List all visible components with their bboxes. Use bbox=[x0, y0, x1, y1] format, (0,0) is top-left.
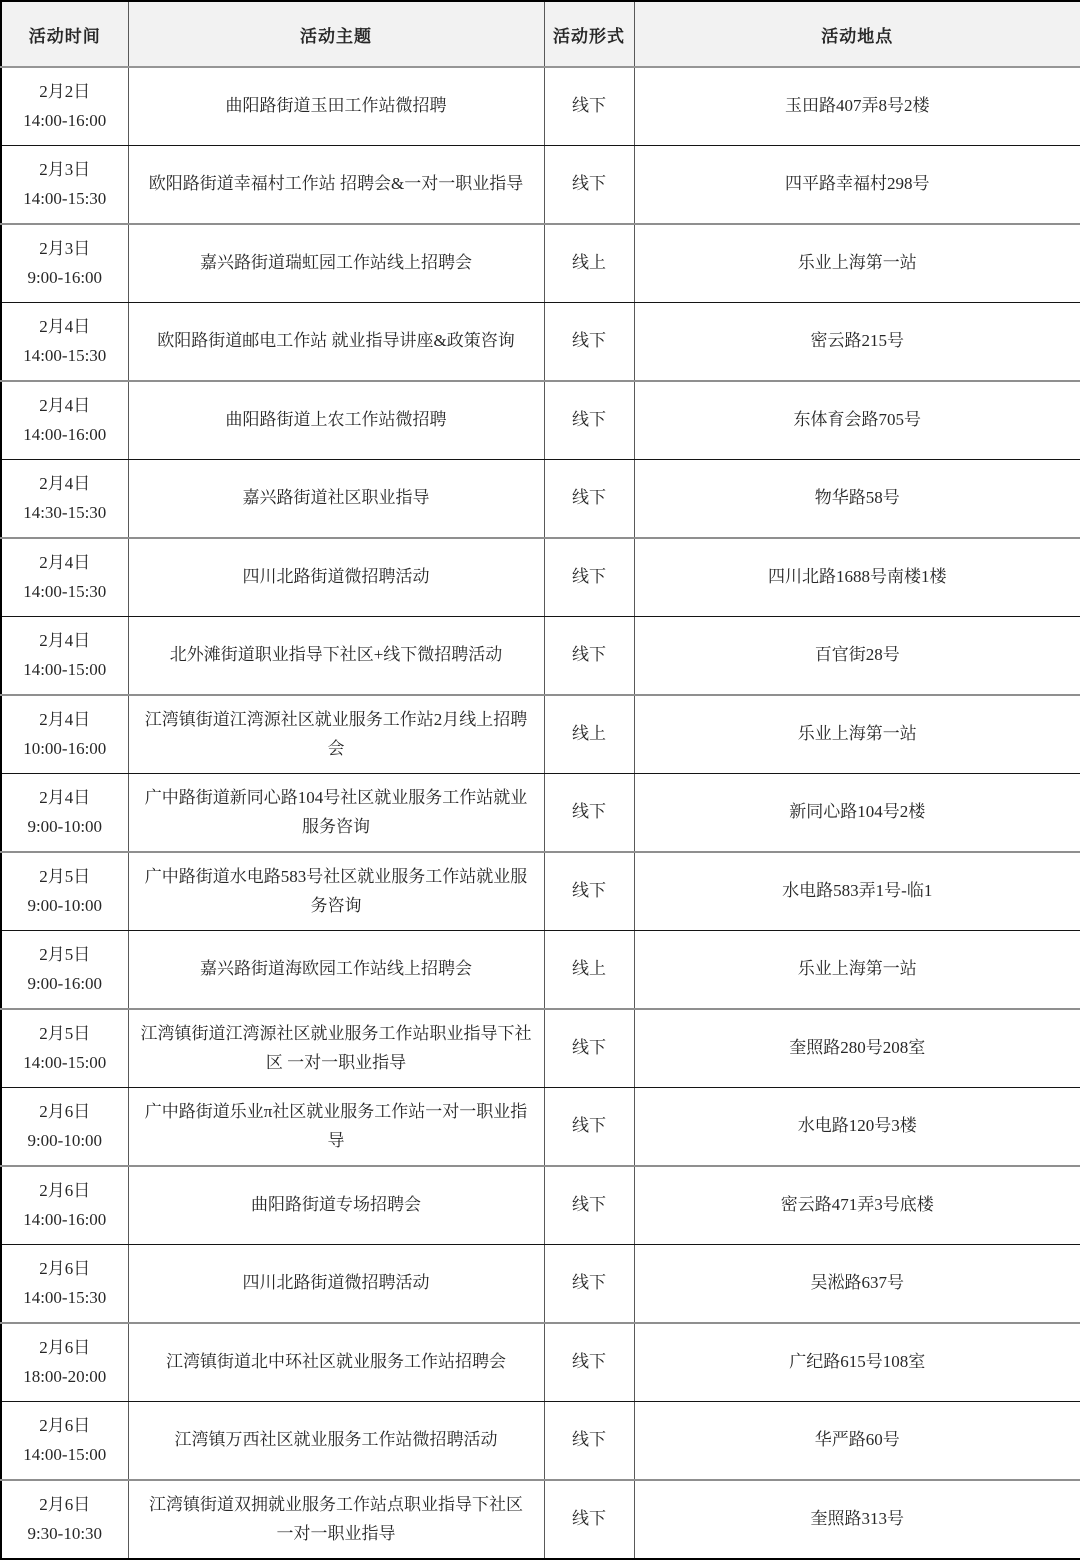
cell-activity-theme: 江湾镇万西社区就业服务工作站微招聘活动 bbox=[128, 1402, 544, 1481]
activity-date: 2月6日 bbox=[12, 1177, 118, 1206]
cell-activity-theme: 江湾镇街道江湾源社区就业服务工作站2月线上招聘会 bbox=[128, 695, 544, 774]
table-row: 2月6日 18:00-20:00 江湾镇街道北中环社区就业服务工作站招聘会 线下… bbox=[1, 1323, 1080, 1402]
cell-activity-time: 2月3日 14:00-15:30 bbox=[1, 146, 128, 225]
cell-activity-format: 线下 bbox=[544, 1323, 634, 1402]
activity-time-range: 14:00-16:00 bbox=[12, 107, 118, 136]
activity-date: 2月6日 bbox=[12, 1412, 118, 1441]
activity-date: 2月3日 bbox=[12, 235, 118, 264]
table-row: 2月4日 14:30-15:30 嘉兴路街道社区职业指导 线下 物华路58号 bbox=[1, 460, 1080, 539]
header-row: 活动时间 活动主题 活动形式 活动地点 bbox=[1, 1, 1080, 67]
cell-activity-theme: 曲阳路街道上农工作站微招聘 bbox=[128, 381, 544, 460]
cell-activity-format: 线下 bbox=[544, 1245, 634, 1324]
cell-activity-theme: 广中路街道水电路583号社区就业服务工作站就业服务咨询 bbox=[128, 852, 544, 931]
cell-activity-format: 线下 bbox=[544, 1480, 634, 1559]
table-row: 2月4日 14:00-16:00 曲阳路街道上农工作站微招聘 线下 东体育会路7… bbox=[1, 381, 1080, 460]
activity-time-range: 9:00-16:00 bbox=[12, 264, 118, 293]
table-row: 2月4日 14:00-15:00 北外滩街道职业指导下社区+线下微招聘活动 线下… bbox=[1, 617, 1080, 696]
cell-activity-time: 2月6日 9:00-10:00 bbox=[1, 1088, 128, 1167]
cell-activity-location: 水电路583弄1号-临1 bbox=[634, 852, 1080, 931]
cell-activity-location: 乐业上海第一站 bbox=[634, 224, 1080, 303]
activity-date: 2月4日 bbox=[12, 313, 118, 342]
column-header-format: 活动形式 bbox=[544, 1, 634, 67]
cell-activity-time: 2月5日 9:00-16:00 bbox=[1, 931, 128, 1010]
cell-activity-format: 线下 bbox=[544, 1009, 634, 1088]
cell-activity-theme: 嘉兴路街道社区职业指导 bbox=[128, 460, 544, 539]
cell-activity-theme: 广中路街道新同心路104号社区就业服务工作站就业服务咨询 bbox=[128, 774, 544, 853]
table-row: 2月4日 10:00-16:00 江湾镇街道江湾源社区就业服务工作站2月线上招聘… bbox=[1, 695, 1080, 774]
cell-activity-time: 2月4日 14:00-15:30 bbox=[1, 538, 128, 617]
cell-activity-format: 线上 bbox=[544, 695, 634, 774]
cell-activity-time: 2月3日 9:00-16:00 bbox=[1, 224, 128, 303]
table-row: 2月5日 9:00-16:00 嘉兴路街道海欧园工作站线上招聘会 线上 乐业上海… bbox=[1, 931, 1080, 1010]
activity-date: 2月5日 bbox=[12, 863, 118, 892]
cell-activity-format: 线下 bbox=[544, 1088, 634, 1167]
table-row: 2月4日 9:00-10:00 广中路街道新同心路104号社区就业服务工作站就业… bbox=[1, 774, 1080, 853]
cell-activity-time: 2月4日 14:30-15:30 bbox=[1, 460, 128, 539]
activity-time-range: 14:00-15:30 bbox=[12, 185, 118, 214]
cell-activity-format: 线下 bbox=[544, 460, 634, 539]
cell-activity-location: 水电路120号3楼 bbox=[634, 1088, 1080, 1167]
cell-activity-format: 线上 bbox=[544, 931, 634, 1010]
activity-date: 2月6日 bbox=[12, 1491, 118, 1520]
activity-date: 2月3日 bbox=[12, 156, 118, 185]
table-row: 2月3日 9:00-16:00 嘉兴路街道瑞虹园工作站线上招聘会 线上 乐业上海… bbox=[1, 224, 1080, 303]
table-row: 2月5日 14:00-15:00 江湾镇街道江湾源社区就业服务工作站职业指导下社… bbox=[1, 1009, 1080, 1088]
cell-activity-format: 线下 bbox=[544, 617, 634, 696]
cell-activity-location: 新同心路104号2楼 bbox=[634, 774, 1080, 853]
column-header-time: 活动时间 bbox=[1, 1, 128, 67]
activity-schedule-table: 活动时间 活动主题 活动形式 活动地点 2月2日 14:00-16:00 曲阳路… bbox=[0, 0, 1080, 1560]
table-row: 2月6日 14:00-15:00 江湾镇万西社区就业服务工作站微招聘活动 线下 … bbox=[1, 1402, 1080, 1481]
column-header-location: 活动地点 bbox=[634, 1, 1080, 67]
activity-date: 2月4日 bbox=[12, 392, 118, 421]
table-row: 2月2日 14:00-16:00 曲阳路街道玉田工作站微招聘 线下 玉田路407… bbox=[1, 67, 1080, 146]
cell-activity-location: 玉田路407弄8号2楼 bbox=[634, 67, 1080, 146]
table-row: 2月4日 14:00-15:30 欧阳路街道邮电工作站 就业指导讲座&政策咨询 … bbox=[1, 303, 1080, 382]
cell-activity-theme: 欧阳路街道幸福村工作站 招聘会&一对一职业指导 bbox=[128, 146, 544, 225]
cell-activity-time: 2月4日 14:00-16:00 bbox=[1, 381, 128, 460]
cell-activity-location: 物华路58号 bbox=[634, 460, 1080, 539]
table-row: 2月3日 14:00-15:30 欧阳路街道幸福村工作站 招聘会&一对一职业指导… bbox=[1, 146, 1080, 225]
cell-activity-theme: 四川北路街道微招聘活动 bbox=[128, 538, 544, 617]
activity-date: 2月4日 bbox=[12, 627, 118, 656]
column-header-theme: 活动主题 bbox=[128, 1, 544, 67]
cell-activity-format: 线下 bbox=[544, 381, 634, 460]
activity-time-range: 14:00-15:00 bbox=[12, 656, 118, 685]
cell-activity-time: 2月4日 14:00-15:30 bbox=[1, 303, 128, 382]
cell-activity-time: 2月6日 14:00-16:00 bbox=[1, 1166, 128, 1245]
cell-activity-theme: 嘉兴路街道瑞虹园工作站线上招聘会 bbox=[128, 224, 544, 303]
cell-activity-location: 东体育会路705号 bbox=[634, 381, 1080, 460]
cell-activity-location: 密云路471弄3号底楼 bbox=[634, 1166, 1080, 1245]
cell-activity-theme: 江湾镇街道双拥就业服务工作站点职业指导下社区 一对一职业指导 bbox=[128, 1480, 544, 1559]
cell-activity-format: 线下 bbox=[544, 852, 634, 931]
cell-activity-time: 2月2日 14:00-16:00 bbox=[1, 67, 128, 146]
activity-time-range: 9:00-10:00 bbox=[12, 1127, 118, 1156]
cell-activity-time: 2月4日 9:00-10:00 bbox=[1, 774, 128, 853]
cell-activity-theme: 嘉兴路街道海欧园工作站线上招聘会 bbox=[128, 931, 544, 1010]
activity-time-range: 14:00-15:30 bbox=[12, 1284, 118, 1313]
activity-date: 2月5日 bbox=[12, 1020, 118, 1049]
cell-activity-time: 2月4日 14:00-15:00 bbox=[1, 617, 128, 696]
table-row: 2月4日 14:00-15:30 四川北路街道微招聘活动 线下 四川北路1688… bbox=[1, 538, 1080, 617]
activity-time-range: 14:00-15:30 bbox=[12, 578, 118, 607]
activity-date: 2月4日 bbox=[12, 784, 118, 813]
cell-activity-location: 华严路60号 bbox=[634, 1402, 1080, 1481]
cell-activity-theme: 欧阳路街道邮电工作站 就业指导讲座&政策咨询 bbox=[128, 303, 544, 382]
cell-activity-format: 线上 bbox=[544, 224, 634, 303]
cell-activity-location: 吴淞路637号 bbox=[634, 1245, 1080, 1324]
cell-activity-location: 广纪路615号108室 bbox=[634, 1323, 1080, 1402]
cell-activity-location: 奎照路313号 bbox=[634, 1480, 1080, 1559]
activity-time-range: 14:00-15:00 bbox=[12, 1049, 118, 1078]
table-row: 2月6日 9:30-10:30 江湾镇街道双拥就业服务工作站点职业指导下社区 一… bbox=[1, 1480, 1080, 1559]
cell-activity-theme: 曲阳路街道专场招聘会 bbox=[128, 1166, 544, 1245]
cell-activity-time: 2月6日 14:00-15:30 bbox=[1, 1245, 128, 1324]
cell-activity-theme: 四川北路街道微招聘活动 bbox=[128, 1245, 544, 1324]
cell-activity-location: 四川北路1688号南楼1楼 bbox=[634, 538, 1080, 617]
cell-activity-theme: 江湾镇街道江湾源社区就业服务工作站职业指导下社区 一对一职业指导 bbox=[128, 1009, 544, 1088]
table-row: 2月5日 9:00-10:00 广中路街道水电路583号社区就业服务工作站就业服… bbox=[1, 852, 1080, 931]
activity-time-range: 9:00-16:00 bbox=[12, 970, 118, 999]
cell-activity-format: 线下 bbox=[544, 146, 634, 225]
cell-activity-location: 乐业上海第一站 bbox=[634, 695, 1080, 774]
activity-date: 2月2日 bbox=[12, 78, 118, 107]
activity-date: 2月5日 bbox=[12, 941, 118, 970]
activity-time-range: 14:00-16:00 bbox=[12, 421, 118, 450]
activity-time-range: 14:00-15:00 bbox=[12, 1441, 118, 1470]
cell-activity-time: 2月6日 18:00-20:00 bbox=[1, 1323, 128, 1402]
activity-time-range: 14:30-15:30 bbox=[12, 499, 118, 528]
cell-activity-theme: 北外滩街道职业指导下社区+线下微招聘活动 bbox=[128, 617, 544, 696]
activity-time-range: 14:00-15:30 bbox=[12, 342, 118, 371]
activity-date: 2月6日 bbox=[12, 1334, 118, 1363]
cell-activity-location: 密云路215号 bbox=[634, 303, 1080, 382]
cell-activity-format: 线下 bbox=[544, 1402, 634, 1481]
cell-activity-theme: 曲阳路街道玉田工作站微招聘 bbox=[128, 67, 544, 146]
activity-time-range: 14:00-16:00 bbox=[12, 1206, 118, 1235]
table-row: 2月6日 14:00-15:30 四川北路街道微招聘活动 线下 吴淞路637号 bbox=[1, 1245, 1080, 1324]
activity-time-range: 18:00-20:00 bbox=[12, 1363, 118, 1392]
cell-activity-time: 2月5日 9:00-10:00 bbox=[1, 852, 128, 931]
activity-date: 2月4日 bbox=[12, 470, 118, 499]
activity-date: 2月4日 bbox=[12, 549, 118, 578]
activity-time-range: 9:00-10:00 bbox=[12, 892, 118, 921]
cell-activity-location: 奎照路280号208室 bbox=[634, 1009, 1080, 1088]
activity-time-range: 9:30-10:30 bbox=[12, 1520, 118, 1549]
cell-activity-format: 线下 bbox=[544, 538, 634, 617]
cell-activity-format: 线下 bbox=[544, 774, 634, 853]
cell-activity-format: 线下 bbox=[544, 303, 634, 382]
activity-date: 2月4日 bbox=[12, 706, 118, 735]
cell-activity-time: 2月5日 14:00-15:00 bbox=[1, 1009, 128, 1088]
cell-activity-time: 2月6日 9:30-10:30 bbox=[1, 1480, 128, 1559]
cell-activity-format: 线下 bbox=[544, 67, 634, 146]
cell-activity-theme: 江湾镇街道北中环社区就业服务工作站招聘会 bbox=[128, 1323, 544, 1402]
table-header: 活动时间 活动主题 活动形式 活动地点 bbox=[1, 1, 1080, 67]
cell-activity-format: 线下 bbox=[544, 1166, 634, 1245]
table-body: 2月2日 14:00-16:00 曲阳路街道玉田工作站微招聘 线下 玉田路407… bbox=[1, 67, 1080, 1559]
cell-activity-location: 乐业上海第一站 bbox=[634, 931, 1080, 1010]
activity-date: 2月6日 bbox=[12, 1255, 118, 1284]
cell-activity-location: 百官街28号 bbox=[634, 617, 1080, 696]
activity-date: 2月6日 bbox=[12, 1098, 118, 1127]
cell-activity-location: 四平路幸福村298号 bbox=[634, 146, 1080, 225]
cell-activity-theme: 广中路街道乐业π社区就业服务工作站一对一职业指导 bbox=[128, 1088, 544, 1167]
cell-activity-time: 2月6日 14:00-15:00 bbox=[1, 1402, 128, 1481]
activity-time-range: 10:00-16:00 bbox=[12, 735, 118, 764]
table-row: 2月6日 9:00-10:00 广中路街道乐业π社区就业服务工作站一对一职业指导… bbox=[1, 1088, 1080, 1167]
cell-activity-time: 2月4日 10:00-16:00 bbox=[1, 695, 128, 774]
table-row: 2月6日 14:00-16:00 曲阳路街道专场招聘会 线下 密云路471弄3号… bbox=[1, 1166, 1080, 1245]
activity-time-range: 9:00-10:00 bbox=[12, 813, 118, 842]
